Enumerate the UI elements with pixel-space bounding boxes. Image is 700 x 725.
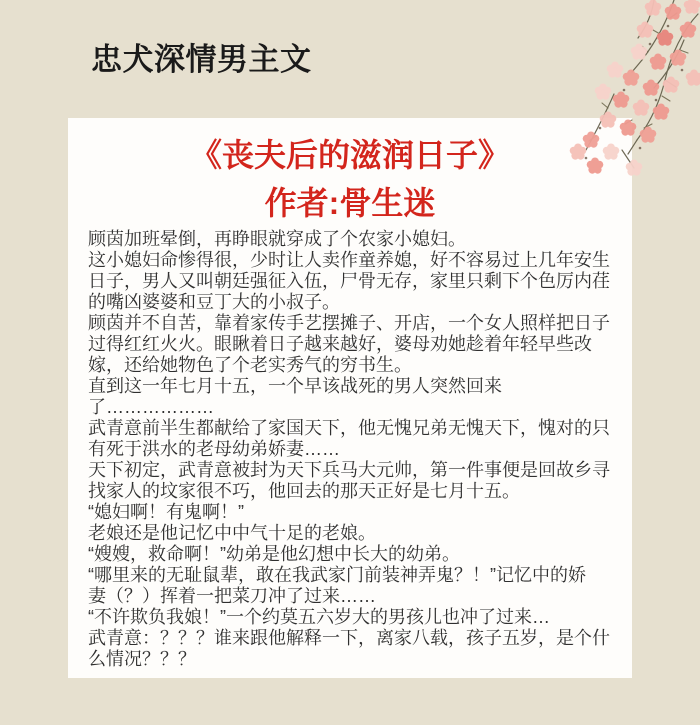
synopsis-line: 顾茵并不自苦，靠着家传手艺摆摊子、开店，一个女人照样把日子	[88, 313, 612, 334]
card-title-block: 《丧夫后的滋润日子》 作者:骨生迷	[88, 131, 612, 227]
synopsis-line: 么情况？？？	[88, 649, 612, 670]
book-title: 《丧夫后的滋润日子》	[88, 131, 612, 179]
synopsis-line: 日子，男人又叫朝廷强征入伍，尸骨无存，家里只剩下个色厉内荏	[88, 271, 612, 292]
synopsis-line: “媳妇啊！有鬼啊！”	[88, 502, 612, 523]
page-title: 忠犬深情男主文	[91, 34, 312, 79]
synopsis-line: 直到这一年七月十五，一个早该战死的男人突然回来	[88, 376, 612, 397]
book-synopsis: 顾茵加班晕倒，再睁眼就穿成了个农家小媳妇。这小媳妇命惨得很，少时让人卖作童养媳，…	[88, 229, 612, 670]
synopsis-line: 妻（？）挥着一把菜刀冲了过来……	[88, 586, 612, 607]
synopsis-line: “不许欺负我娘！”一个约莫五六岁大的男孩儿也冲了过来…	[88, 607, 612, 628]
synopsis-line: 武青意前半生都献给了家国天下，他无愧兄弟无愧天下，愧对的只	[88, 418, 612, 439]
book-author: 作者:骨生迷	[88, 179, 612, 227]
synopsis-line: 找家人的坟家很不巧，他回去的那天正好是七月十五。	[88, 481, 612, 502]
synopsis-line: 了………………	[88, 397, 612, 418]
synopsis-line: 这小媳妇命惨得很，少时让人卖作童养媳，好不容易过上几年安生	[88, 250, 612, 271]
synopsis-line: 有死于洪水的老母幼弟娇妻……	[88, 439, 612, 460]
synopsis-line: 老娘还是他记忆中中气十足的老娘。	[88, 523, 612, 544]
synopsis-line: 顾茵加班晕倒，再睁眼就穿成了个农家小媳妇。	[88, 229, 612, 250]
book-card: 《丧夫后的滋润日子》 作者:骨生迷 顾茵加班晕倒，再睁眼就穿成了个农家小媳妇。这…	[68, 118, 632, 678]
page: { "page": { "background_color": "#e6e0cf…	[0, 0, 700, 725]
synopsis-line: 天下初定，武青意被封为天下兵马大元帅，第一件事便是回故乡寻	[88, 460, 612, 481]
synopsis-line: 过得红红火火。眼瞅着日子越来越好，婆母劝她趁着年轻早些改	[88, 334, 612, 355]
synopsis-line: “嫂嫂，救命啊！”幼弟是他幻想中长大的幼弟。	[88, 544, 612, 565]
synopsis-line: 的嘴凶婆婆和豆丁大的小叔子。	[88, 292, 612, 313]
synopsis-line: “哪里来的无耻鼠辈，敢在我武家门前装神弄鬼？！”记忆中的娇	[88, 565, 612, 586]
synopsis-line: 嫁，还给她物色了个老实秀气的穷书生。	[88, 355, 612, 376]
synopsis-line: 武青意：？？？谁来跟他解释一下，离家八载，孩子五岁，是个什	[88, 628, 612, 649]
